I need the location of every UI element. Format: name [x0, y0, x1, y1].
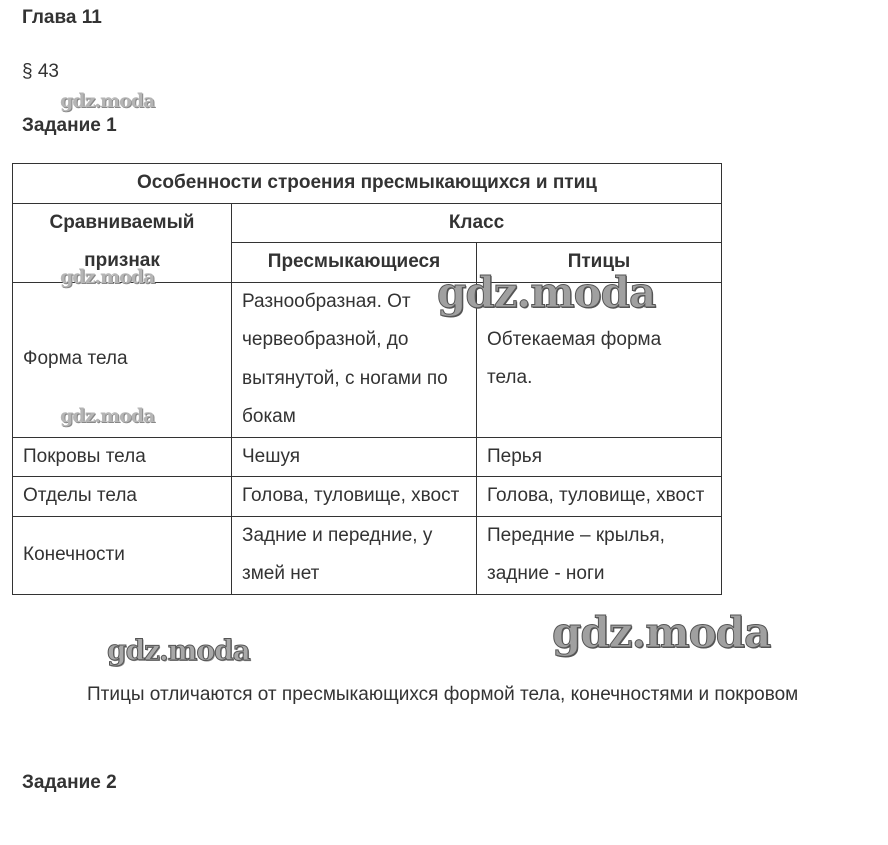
trait-cell: Покровы тела [13, 437, 232, 477]
table-row: Покровы тела Чешуя Перья [13, 437, 722, 477]
birds-cell: Передние – крылья, задние - ноги [477, 516, 722, 594]
reptiles-cell: Чешуя [232, 437, 477, 477]
trait-cell: Конечности [13, 516, 232, 594]
class-header: Класс [232, 203, 722, 243]
trait-cell: Отделы тела [13, 477, 232, 517]
conclusion-text: Птицы отличаются от пресмыкающихся формо… [87, 676, 879, 714]
task-2-heading: Задание 2 [22, 772, 117, 794]
comparison-table: Особенности строения пресмыкающихся и пт… [12, 163, 722, 595]
table-row: Отделы тела Голова, туловище, хвост Голо… [13, 477, 722, 517]
watermark: gdz.moda [60, 405, 154, 427]
birds-cell: Голова, туловище, хвост [477, 477, 722, 517]
watermark: gdz.moda [60, 90, 154, 112]
watermark: gdz.moda [60, 266, 154, 288]
watermark: gdz.moda [552, 608, 770, 657]
chapter-heading: Глава 11 [22, 7, 102, 29]
section-number: § 43 [22, 61, 59, 83]
birds-cell: Перья [477, 437, 722, 477]
reptiles-cell: Голова, туловище, хвост [232, 477, 477, 517]
watermark: gdz.moda [437, 268, 655, 317]
watermark: gdz.moda [107, 634, 250, 667]
birds-cell-text: Обтекаемая форма тела. [487, 321, 711, 398]
table-row: Конечности Задние и передние, у змей нет… [13, 516, 722, 594]
task-1-heading: Задание 1 [22, 115, 117, 137]
reptiles-cell: Задние и передние, у змей нет [232, 516, 477, 594]
table-title: Особенности строения пресмыкающихся и пт… [13, 164, 722, 204]
